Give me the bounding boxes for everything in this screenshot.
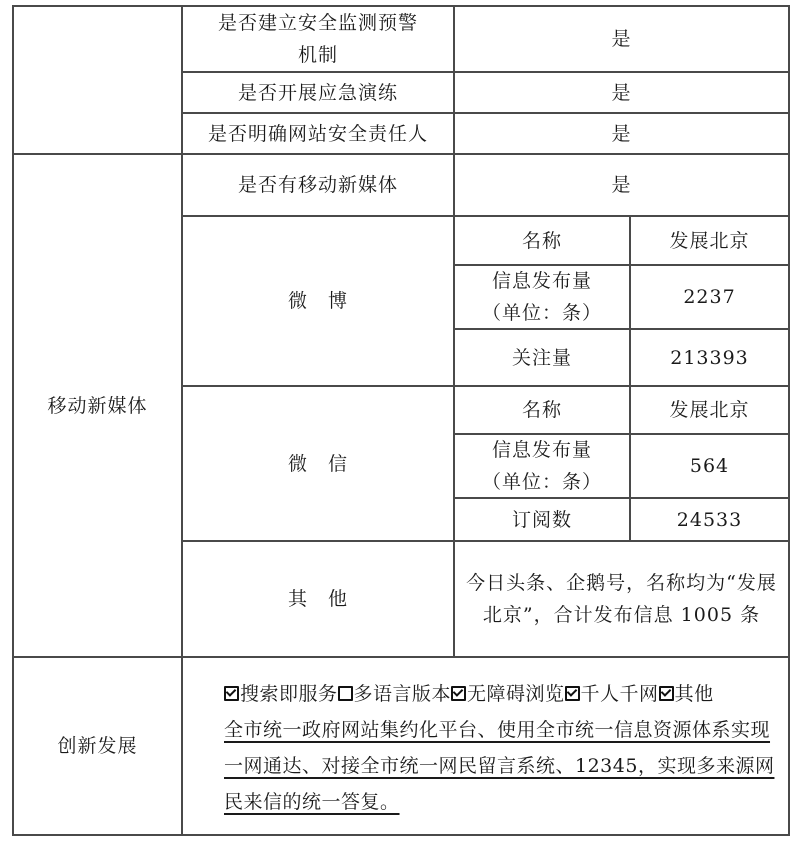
table-border-right [788,5,790,836]
innovation-content: 搜索即服务多语言版本无障碍浏览千人千网其他 全市统一政府网站集约化平台、使用全市… [224,676,784,820]
option-accessibility: 无障碍浏览 [467,683,565,705]
weibo-label: 微 博 [183,217,453,385]
security-monitoring-label: 是否建立安全监测预警机制 [183,7,453,71]
other-media-label: 其 他 [183,542,453,656]
innovation-section-label: 创新发展 [14,658,181,834]
mobile-media-section-label: 移动新媒体 [14,155,181,656]
weibo-posts-value: 2237 [631,266,788,328]
wechat-posts-label: 信息发布量（单位：条） [455,435,629,497]
checkbox-checked-icon[interactable] [565,686,580,701]
checkbox-unchecked-icon[interactable] [338,686,353,701]
wechat-posts-value: 564 [631,435,788,497]
wechat-subscribers-label: 订阅数 [455,499,629,540]
other-media-value: 今日头条、企鹅号，名称均为“发展北京”，合计发布信息 1005 条 [455,542,788,656]
checkbox-checked-icon[interactable] [224,686,239,701]
table-border-bottom [12,834,790,836]
weibo-followers-value: 213393 [631,330,788,385]
report-table: 是否建立安全监测预警机制 是 是否开展应急演练 是 是否明确网站安全责任人 是 … [0,0,800,850]
innovation-other-description: 全市统一政府网站集约化平台、使用全市统一信息资源体系实现一网通达、对接全市统一网… [224,712,784,820]
option-other: 其他 [675,683,714,705]
weibo-name-value: 发展北京 [631,217,788,264]
emergency-drill-value: 是 [455,73,788,112]
weibo-posts-label: 信息发布量（单位：条） [455,266,629,328]
has-mobile-media-value: 是 [455,155,788,215]
checkbox-checked-icon[interactable] [451,686,466,701]
option-search-service: 搜索即服务 [240,683,338,705]
wechat-label: 微 信 [183,387,453,540]
innovation-options: 搜索即服务多语言版本无障碍浏览千人千网其他 [224,676,784,712]
security-monitoring-value: 是 [455,7,788,71]
weibo-name-label: 名称 [455,217,629,264]
security-officer-label: 是否明确网站安全责任人 [183,114,453,153]
weibo-followers-label: 关注量 [455,330,629,385]
checkbox-checked-icon[interactable] [659,686,674,701]
emergency-drill-label: 是否开展应急演练 [183,73,453,112]
wechat-subscribers-value: 24533 [631,499,788,540]
option-personalized: 千人千网 [581,683,659,705]
option-multilanguage: 多语言版本 [354,683,452,705]
security-officer-value: 是 [455,114,788,153]
wechat-name-label: 名称 [455,387,629,433]
wechat-name-value: 发展北京 [631,387,788,433]
has-mobile-media-label: 是否有移动新媒体 [183,155,453,215]
